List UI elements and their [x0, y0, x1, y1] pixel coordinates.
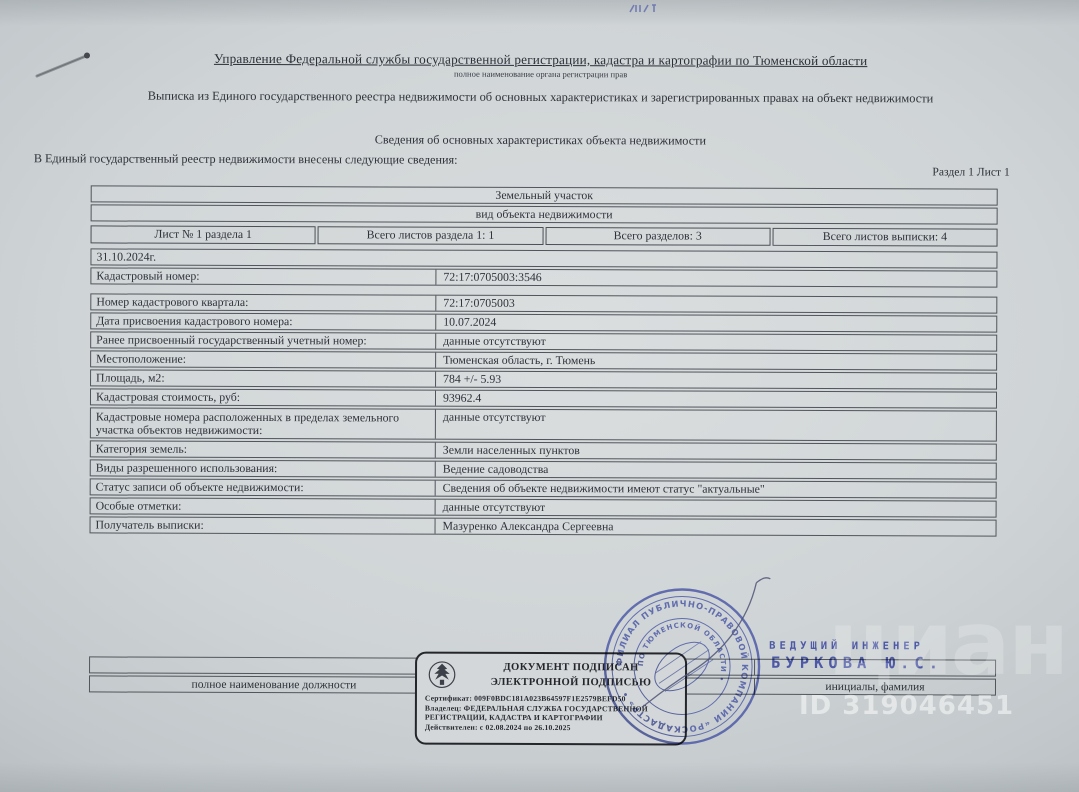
attribute-value: 10.07.2024: [436, 315, 996, 332]
object-type-row: Земельный участок: [91, 185, 998, 205]
stamp-fragment: [628, 2, 662, 16]
table-row: Местоположение: Тюменская область, г. Тю…: [90, 350, 997, 370]
table-row: Кадастровые номера расположенных в преде…: [90, 407, 997, 441]
signature-space: [89, 656, 459, 674]
pen-mark-artifact: [34, 52, 92, 78]
attribute-value: Земли населенных пунктов: [436, 443, 996, 460]
object-type-caption: вид объекта недвижимости: [476, 208, 613, 221]
attribute-label: Категория земель:: [91, 441, 436, 457]
attribute-value: данные отсутствуют: [436, 334, 996, 351]
table-row: Виды разрешенного использования: Ведение…: [90, 459, 997, 479]
attribute-label: Ранее присвоенный государственный учетны…: [91, 332, 436, 348]
table-row: Кадастровая стоимость, руб: 93962.4: [90, 388, 997, 408]
cadastral-number-value: 72:17:0705003:3546: [436, 270, 996, 287]
attribute-label: Получатель выписки:: [91, 517, 436, 533]
table-row: Номер кадастрового квартала: 72:17:07050…: [90, 293, 997, 313]
attribute-value: Сведения об объекте недвижимости имеют с…: [436, 481, 996, 498]
table-row: Площадь, м2: 784 +/- 5.93: [90, 369, 997, 389]
object-type-value: Земельный участок: [495, 189, 593, 202]
sheet-info-row: Лист № 1 раздела 1 Всего листов раздела …: [91, 225, 998, 246]
table-row: Получатель выписки: Мазуренко Александра…: [90, 516, 997, 536]
attribute-label: Площадь, м2:: [91, 370, 436, 386]
scanned-egrn-extract-page: Управление Федеральной службы государств…: [0, 0, 1079, 792]
sheet-info-cell: Всего листов раздела 1: 1: [318, 226, 543, 245]
attribute-label: Номер кадастрового квартала:: [91, 294, 436, 310]
attribute-value: 784 +/- 5.93: [436, 372, 996, 389]
section-title: Сведения об основных характеристиках объ…: [1, 131, 1079, 150]
section-sheet-marker: Раздел 1 Лист 1: [932, 165, 1009, 178]
attribute-value: Ведение садоводства: [436, 462, 996, 479]
document-title: Выписка из Единого государственного реес…: [1, 88, 1079, 107]
attribute-label: Статус записи об объекте недвижимости:: [91, 479, 436, 495]
listing-id-watermark: ID 319046451: [799, 691, 1014, 721]
table-row: Особые отметки: данные отсутствуют: [90, 497, 997, 517]
intro-line: В Единый государственный реестр недвижим…: [34, 151, 458, 167]
attribute-label: Дата присвоения кадастрового номера:: [91, 313, 436, 329]
cadastral-number-label: Кадастровый номер:: [91, 268, 436, 284]
attribute-label: Кадастровая стоимость, руб:: [91, 389, 436, 405]
table-row: Ранее присвоенный государственный учетны…: [90, 331, 997, 351]
roskadastr-round-seal: ФИЛИАЛ ПУБЛИЧНО-ПРАВОВОЙ КОМПАНИИ «РОСКА…: [597, 581, 768, 752]
attribute-value: 93962.4: [436, 391, 996, 408]
position-caption: полное наименование должности: [89, 675, 459, 693]
attribute-label: Местоположение:: [91, 351, 436, 367]
attribute-value: данные отсутствуют: [436, 410, 996, 427]
attribute-value: Тюменская область, г. Тюмень: [436, 353, 996, 370]
sheet-info-cell: Всего листов выписки: 4: [772, 228, 997, 247]
cian-logo-watermark: циан: [828, 592, 1067, 695]
table-row: Статус записи об объекте недвижимости: С…: [90, 478, 997, 498]
cadastral-number-row: Кадастровый номер: 72:17:0705003:3546: [90, 267, 997, 287]
table-row: Дата присвоения кадастрового номера: 10.…: [90, 312, 997, 332]
object-type-table: Земельный участок вид объекта недвижимос…: [91, 185, 998, 226]
table-row: Категория земель: Земли населенных пункт…: [90, 440, 997, 460]
rosreestr-emblem-icon: [425, 658, 459, 692]
object-type-caption-row: вид объекта недвижимости: [91, 204, 998, 224]
attribute-value: данные отсутствуют: [436, 500, 996, 517]
attribute-value: 72:17:0705003: [436, 296, 996, 313]
attributes-table: Номер кадастрового квартала: 72:17:07050…: [90, 293, 998, 538]
attribute-label: Виды разрешенного использования:: [91, 460, 436, 476]
sheet-info-cell: Лист № 1 раздела 1: [91, 225, 316, 244]
attribute-label: Особые отметки:: [91, 498, 436, 514]
sheet-info-cell: Всего разделов: 3: [545, 227, 770, 246]
attribute-value: Мазуренко Александра Сергеевна: [436, 519, 996, 536]
extract-date-row: 31.10.2024г.: [90, 248, 997, 268]
attribute-label: Кадастровые номера расположенных в преде…: [91, 408, 436, 438]
date-cadastral-table: 31.10.2024г. Кадастровый номер: 72:17:07…: [90, 248, 997, 289]
extract-date: 31.10.2024г.: [91, 249, 161, 264]
